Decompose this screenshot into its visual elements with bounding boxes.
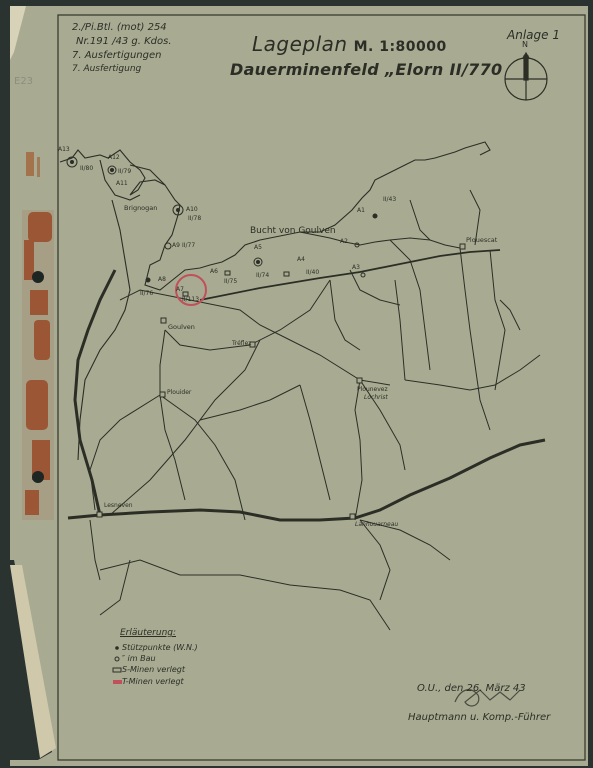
position-a1: A1 <box>357 207 365 214</box>
position-a8-wn: II/76 <box>140 290 153 297</box>
position-a4: A4 <box>297 256 305 263</box>
copy-number: 7. Ausfertigung <box>72 64 141 74</box>
legend-item-strongpoints: Stützpunkte (W.N.) <box>122 643 198 652</box>
reference-number: Nr.191 /43 g. Kdos. <box>76 36 172 47</box>
position-a9: A9 <box>172 242 180 249</box>
place-treflez: Tréflez <box>232 340 251 347</box>
position-a10-wn: II/78 <box>188 215 201 222</box>
position-a4-wn: II/40 <box>306 269 319 276</box>
legend-title: Erläuterung: <box>120 628 176 638</box>
position-a12: A12 <box>108 154 120 161</box>
position-a11: A11 <box>116 180 128 187</box>
plouescat-marker <box>460 244 465 249</box>
position-a6-wn: II/75 <box>224 278 237 285</box>
place-plounevez: Plounevez <box>357 386 388 393</box>
compass-north-label: N <box>522 40 528 49</box>
position-a13: A13 <box>58 146 70 153</box>
place-lochrist: Lochrist <box>364 394 388 401</box>
signature-rank: Hauptmann u. Komp.-Führer <box>408 712 550 723</box>
map-drawing <box>0 0 593 768</box>
place-lanhouarneau: Lanhouarneau <box>355 521 398 528</box>
place-plouider: Plouider <box>167 389 191 396</box>
lanhouarneau-marker <box>350 514 355 519</box>
copies-count: 7. Ausfertigungen <box>72 50 161 61</box>
minor-roads <box>90 190 540 630</box>
legend-symbols <box>113 646 122 684</box>
title-main: Lageplan <box>252 32 348 56</box>
position-a9-wn: II/77 <box>182 242 195 249</box>
plounevez-marker <box>357 378 362 383</box>
plouider-marker <box>160 392 165 397</box>
position-a5: A5 <box>254 244 262 251</box>
unit-designation: 2./Pi.Btl. (mot) 254 <box>72 22 167 33</box>
map-title: LageplanM. 1:80000 <box>252 32 447 56</box>
position-a1-wn: II/43 <box>383 196 396 203</box>
position-a2: A2 <box>340 238 348 245</box>
place-bay: Bucht von Goulven <box>250 226 336 236</box>
main-roads <box>68 270 545 520</box>
position-a13-wn: II/80 <box>80 165 93 172</box>
signature-place-date: O.U., den 26. März 43 <box>417 683 526 694</box>
place-brignogan: Brignogan <box>124 204 157 212</box>
legend-item-under-construction: ″ im Bau <box>122 654 156 663</box>
place-goulven: Goulven <box>168 323 195 331</box>
place-lesneven: Lesneven <box>104 502 133 509</box>
coastline <box>60 142 490 460</box>
position-a8: A8 <box>158 276 166 283</box>
position-a12-wn: II/79 <box>118 168 131 175</box>
lesneven-marker <box>97 512 102 517</box>
map-scale: M. 1:80000 <box>354 39 447 55</box>
compass-icon <box>505 53 547 100</box>
minefield-title: Dauerminenfeld „Elorn II/770 <box>230 60 502 79</box>
position-a6: A6 <box>210 268 218 275</box>
position-a7-wn: II/113 <box>182 296 199 303</box>
legend-item-s-mines: S-Minen verlegt <box>122 665 185 674</box>
legend-item-t-mines: T-Minen verlegt <box>122 677 184 686</box>
position-a3: A3 <box>352 264 360 271</box>
goulven-marker <box>161 318 166 323</box>
annex-label: Anlage 1 <box>507 28 560 42</box>
position-a10: A10 <box>186 206 198 213</box>
place-plouescat: Plouescat <box>466 236 497 244</box>
position-a5-wn: II/74 <box>256 272 269 279</box>
position-a7: A7 <box>176 286 184 293</box>
